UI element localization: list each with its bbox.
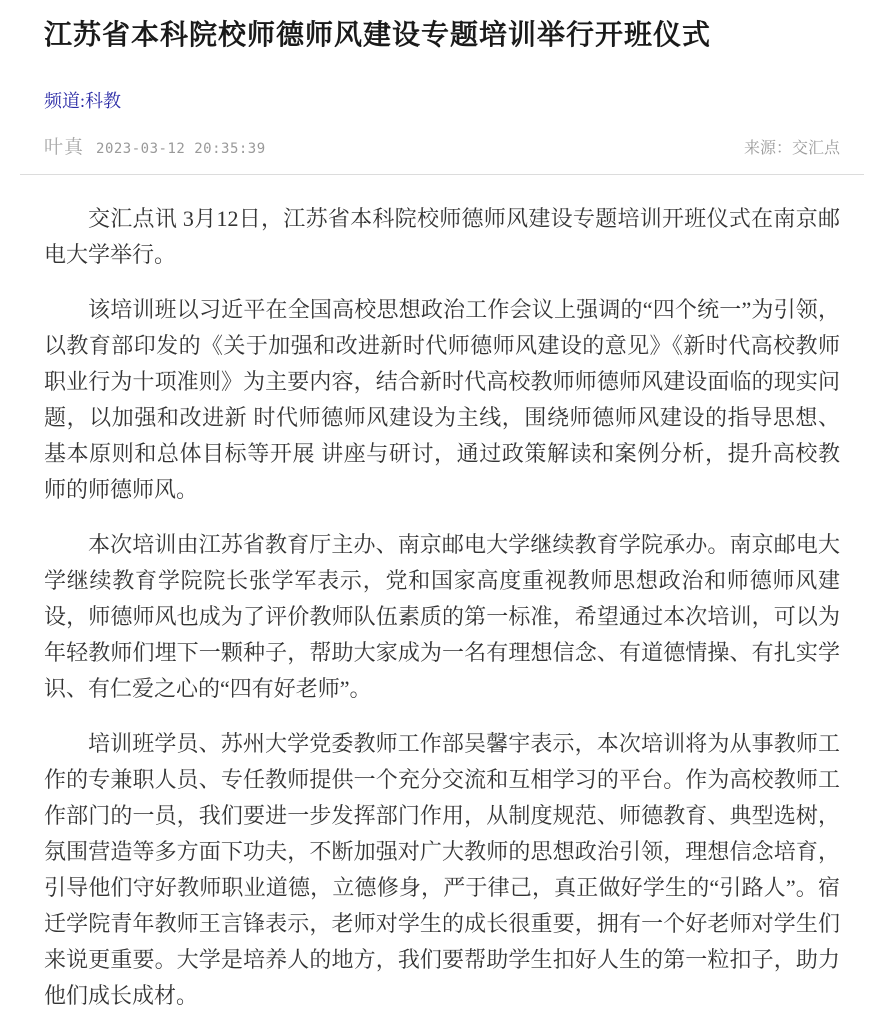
article-page: 江苏省本科院校师德师风建设专题培训举行开班仪式 频道:科教 叶真 2023-03… xyxy=(0,0,884,1012)
channel-link[interactable]: 频道:科教 xyxy=(44,91,121,111)
page-title: 江苏省本科院校师德师风建设专题培训举行开班仪式 xyxy=(44,0,840,56)
article-source: 来源：交汇点 xyxy=(744,135,840,158)
article-content: 江苏省本科院校师德师风建设专题培训举行开班仪式 频道:科教 叶真 2023-03… xyxy=(0,0,884,1012)
article-paragraph: 本次培训由江苏省教育厅主办、南京邮电大学继续教育学院承办。南京邮电大学继续教育学… xyxy=(44,527,840,707)
author-block: 叶真 2023-03-12 20:35:39 xyxy=(44,132,266,159)
publish-timestamp: 2023-03-12 20:35:39 xyxy=(96,141,266,157)
article-paragraph: 交汇点讯 3月12日，江苏省本科院校师德师风建设专题培训开班仪式在南京邮电大学举… xyxy=(44,201,840,273)
channel-row: 频道:科教 xyxy=(44,87,840,113)
article-body: 交汇点讯 3月12日，江苏省本科院校师德师风建设专题培训开班仪式在南京邮电大学举… xyxy=(44,175,840,1012)
article-paragraph: 培训班学员、苏州大学党委教师工作部吴馨宇表示，本次培训将为从事教师工作的专兼职人… xyxy=(44,726,840,1012)
article-paragraph: 该培训班以习近平在全国高校思想政治工作会议上强调的“四个统一”为引领，以教育部印… xyxy=(44,292,840,508)
article-meta-row: 叶真 2023-03-12 20:35:39 来源：交汇点 xyxy=(44,132,840,159)
author-name: 叶真 xyxy=(44,132,84,159)
